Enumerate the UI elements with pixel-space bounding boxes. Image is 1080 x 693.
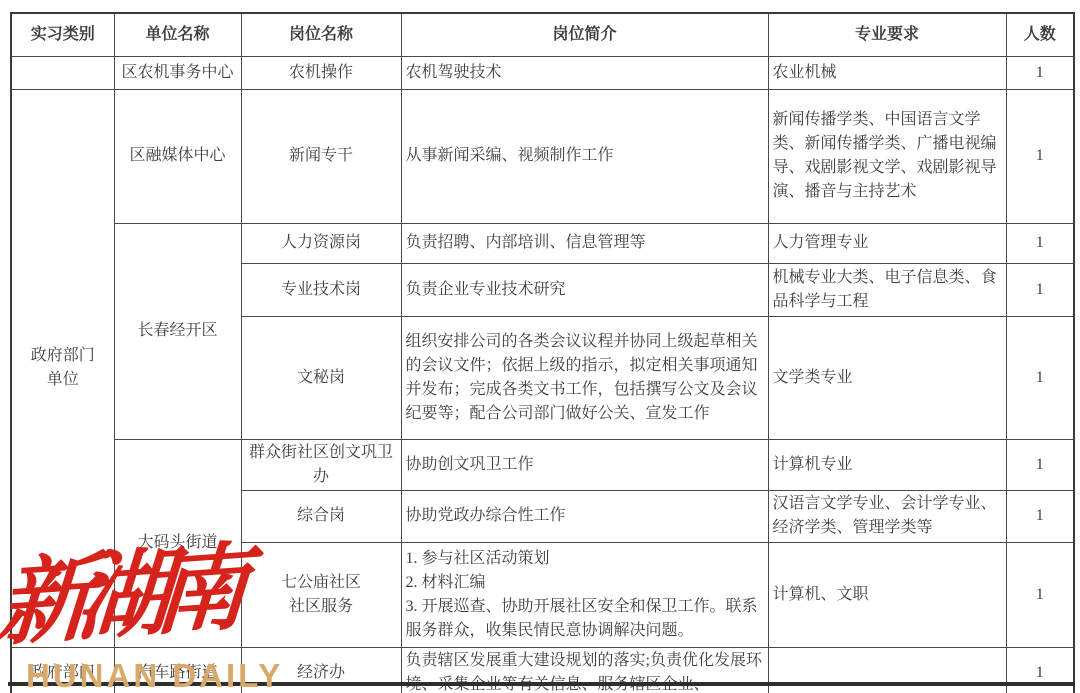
header-unit: 单位名称 — [114, 13, 241, 56]
cell-intro: 协助创文巩卫工作 — [401, 439, 768, 490]
header-row: 实习类别 单位名称 岗位名称 岗位简介 专业要求 人数 — [11, 13, 1074, 56]
cell-position: 七公庙社区 社区服务 — [241, 542, 401, 647]
cell-intro: 负责辖区发展重大建设规划的落实;负责优化发展环境、采集企业等有关信息、服务辖区企… — [401, 647, 768, 693]
cell-major: 计算机专业 — [768, 439, 1006, 490]
cell-count: 1 — [1006, 316, 1074, 439]
table-row: 区农机事务中心 农机操作 农机驾驶技术 农业机械 1 — [11, 56, 1074, 89]
cell-category — [11, 56, 114, 89]
cell-intro: 组织安排公司的各类会议议程并协同上级起草相关的会议文件；依据上级的指示，拟定相关… — [401, 316, 768, 439]
cell-position: 新闻专干 — [241, 89, 401, 223]
internship-table: 实习类别 单位名称 岗位名称 岗位简介 专业要求 人数 区农机事务中心 农机操作… — [10, 12, 1075, 693]
cell-category: 政府部门 — [11, 647, 114, 693]
cell-position: 综合岗 — [241, 490, 401, 542]
header-category: 实习类别 — [11, 13, 114, 56]
table-row: 政府部门 单位 区融媒体中心 新闻专干 从事新闻采编、视频制作工作 新闻传播学类… — [11, 89, 1074, 223]
page: 实习类别 单位名称 岗位名称 岗位简介 专业要求 人数 区农机事务中心 农机操作… — [0, 0, 1080, 693]
cell-position: 专业技术岗 — [241, 263, 401, 316]
cell-intro: 1. 参与社区活动策划 2. 材料汇编 3. 开展巡查、协助开展社区安全和保卫工… — [401, 542, 768, 647]
header-major: 专业要求 — [768, 13, 1006, 56]
cell-count: 1 — [1006, 542, 1074, 647]
cell-position: 人力资源岗 — [241, 223, 401, 263]
table-bottom-edge — [8, 682, 1075, 686]
table-row: 大码头街道 群众街社区创文巩卫办 协助创文巩卫工作 计算机专业 1 — [11, 439, 1074, 490]
cell-major: 农业机械 — [768, 56, 1006, 89]
header-count: 人数 — [1006, 13, 1074, 56]
table-row: 长春经开区 人力资源岗 负责招聘、内部培训、信息管理等 人力管理专业 1 — [11, 223, 1074, 263]
cell-count: 1 — [1006, 56, 1074, 89]
cell-position: 农机操作 — [241, 56, 401, 89]
cell-count: 1 — [1006, 647, 1074, 693]
cell-intro: 负责招聘、内部培训、信息管理等 — [401, 223, 768, 263]
cell-major: 新闻传播学类、中国语言文学类、新闻传播学类、广播电视编导、戏剧影视文学、戏剧影视… — [768, 89, 1006, 223]
cell-major: 人力管理专业 — [768, 223, 1006, 263]
cell-major: 机械专业大类、电子信息类、食品科学与工程 — [768, 263, 1006, 316]
cell-unit-damatou-merged: 大码头街道 — [114, 439, 241, 647]
cell-unit-changchun-merged: 长春经开区 — [114, 223, 241, 439]
header-intro: 岗位简介 — [401, 13, 768, 56]
cell-category-gov-merged: 政府部门 单位 — [11, 89, 114, 647]
cell-position: 群众街社区创文巩卫办 — [241, 439, 401, 490]
cell-count: 1 — [1006, 89, 1074, 223]
header-position: 岗位名称 — [241, 13, 401, 56]
cell-position: 文秘岗 — [241, 316, 401, 439]
cell-intro: 农机驾驶技术 — [401, 56, 768, 89]
cell-count: 1 — [1006, 263, 1074, 316]
cell-count: 1 — [1006, 223, 1074, 263]
table-row: 政府部门 汽车路街道 经济办 负责辖区发展重大建设规划的落实;负责优化发展环境、… — [11, 647, 1074, 693]
cell-unit: 区农机事务中心 — [114, 56, 241, 89]
cell-major — [768, 647, 1006, 693]
cell-unit: 区融媒体中心 — [114, 89, 241, 223]
cell-position: 经济办 — [241, 647, 401, 693]
cell-major: 汉语言文学专业、会计学专业、经济学类、管理学类等 — [768, 490, 1006, 542]
cell-major: 文学类专业 — [768, 316, 1006, 439]
cell-count: 1 — [1006, 439, 1074, 490]
cell-unit: 汽车路街道 — [114, 647, 241, 693]
cell-count: 1 — [1006, 490, 1074, 542]
cell-major: 计算机、文职 — [768, 542, 1006, 647]
cell-intro: 协助党政办综合性工作 — [401, 490, 768, 542]
cell-intro: 从事新闻采编、视频制作工作 — [401, 89, 768, 223]
cell-intro: 负责企业专业技术研究 — [401, 263, 768, 316]
